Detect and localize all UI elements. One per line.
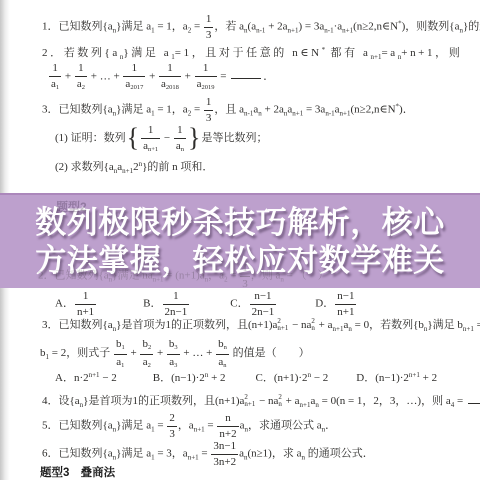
fraction: 1an+1 bbox=[141, 124, 160, 154]
fraction: 23 bbox=[167, 412, 177, 440]
problem-3-part-2: (2) 求数列{anan+12n}的前 n 项和． bbox=[55, 160, 213, 176]
banner-title-line-1: 数列极限秒杀技巧解析，核心 bbox=[35, 204, 445, 242]
problem-5: 5．已知数列{an}满足 a1 = 23，an+1 = nn+2an，求通项公式… bbox=[42, 412, 336, 440]
obscured-section-heading: 题型2 bbox=[56, 198, 87, 215]
section-heading-tag: 题型3 bbox=[40, 467, 69, 479]
fraction: 1a1 bbox=[49, 62, 61, 92]
fraction: bnan bbox=[216, 338, 229, 369]
answer-blank bbox=[468, 392, 480, 404]
fraction: 1a2018 bbox=[159, 62, 181, 92]
worksheet-page: 1．已知数列{an}满足 a1 = 1，a2 = 13，若 an(an-1 + … bbox=[0, 0, 480, 480]
problem-1: 1．已知数列{an}满足 a1 = 1，a2 = 13，若 an(an-1 + … bbox=[42, 13, 480, 41]
fraction: 1a2 bbox=[75, 62, 87, 92]
section-heading: 题型3 叠商法 bbox=[40, 464, 115, 480]
problem-3b-line-1: 3．已知数列{an}是首项为1的正项数列，且(n+1)a2n+1 − na2n … bbox=[42, 318, 480, 334]
fraction: n−12n−1 bbox=[250, 290, 277, 318]
problem-4: 4．设{an}是首项为1的正项数列，且(n+1)a2n+1 − na2n + a… bbox=[42, 392, 480, 410]
fraction: 13 bbox=[204, 13, 214, 41]
options-row-2: A．n·2n+1 − 2B．(n−1)·2n + 2C．(n+1)·2n − 2… bbox=[55, 371, 437, 386]
left-brace: { bbox=[126, 123, 140, 152]
obscured-text-line: 2．已知数列{an}满足 nan+1 = (n+1)an，a2 = 13，则 a… bbox=[38, 262, 329, 290]
fraction: n−1n+1 bbox=[335, 290, 356, 318]
section-heading-method: 叠商法 bbox=[81, 467, 116, 479]
answer-blank bbox=[231, 67, 261, 79]
problem-3: 3．已知数列{an}满足 a1 = 1，a2 = 13，且 an-1an + 2… bbox=[42, 96, 414, 124]
fraction: 12n−1 bbox=[163, 290, 190, 318]
fraction: 1an bbox=[174, 124, 186, 154]
right-brace: } bbox=[187, 123, 201, 152]
fraction: 1a2017 bbox=[123, 62, 145, 92]
fraction: 13 bbox=[240, 262, 250, 290]
options-row-1: A．1n+1B．12n−1C．n−12n−1D．n−1n+1 bbox=[55, 290, 357, 318]
problem-3-part-1: (1) 证明：数列{1an+1 − 1an}是等比数列； bbox=[55, 122, 267, 155]
problem-2-line-1: 2．若数列{an}满足 a1=1，且对于任意的 n∈N* 都有 an+1=an+… bbox=[42, 46, 462, 62]
fraction: 3n−13n+2 bbox=[211, 440, 238, 468]
fraction: b3a3 bbox=[167, 338, 180, 369]
problem-3b-line-2: b1 = 2，则式子 b1a1 + b2a2 + b3a3 + … + bnan… bbox=[40, 338, 310, 369]
fraction: 1a2019 bbox=[195, 62, 217, 92]
problem-2-line-2: 1a1 + 1a2 + … + 1a2017 + 1a2018 + 1a2019… bbox=[48, 62, 274, 92]
fraction: 13 bbox=[204, 96, 214, 124]
fraction: b2a2 bbox=[140, 338, 153, 369]
fraction: b1a1 bbox=[114, 338, 127, 369]
fraction: nn+2 bbox=[217, 412, 238, 440]
fraction: 1n+1 bbox=[75, 290, 96, 318]
